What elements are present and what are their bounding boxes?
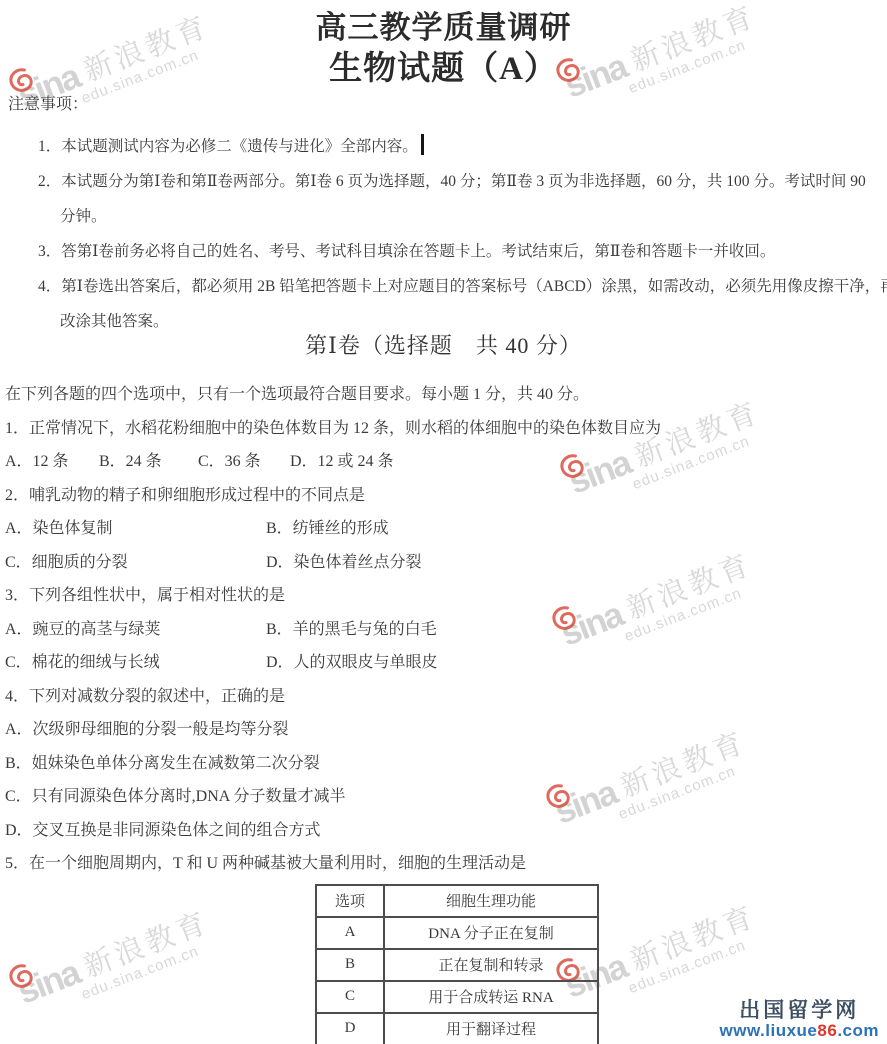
question-1-options: A．12 条 B．24 条 C．36 条 D．12 或 24 条 [5, 445, 882, 479]
site-url-suffix: .com [837, 1021, 879, 1040]
option-2b: B．纺锤丝的形成 [266, 520, 389, 537]
site-name: 出国留学网 [720, 999, 880, 1022]
question-3-options-row-2: C．棉花的细绒与长绒 D．人的双眼皮与单眼皮 [5, 646, 882, 680]
question-1-stem: 1．正常情况下，水稻花粉细胞中的染色体数目为 12 条，则水稻的体细胞中的染色体… [5, 412, 882, 446]
notice-item-2: 2．本试题分为第Ⅰ卷和第Ⅱ卷两部分。第Ⅰ卷 6 页为选择题，40 分；第Ⅱ卷 3… [38, 164, 871, 234]
option-3b: B．羊的黑毛与兔的白毛 [266, 621, 437, 638]
table-cell-option: A [316, 917, 384, 949]
option-3d: D．人的双眼皮与单眼皮 [266, 654, 438, 671]
section-heading: 第Ⅰ卷（选择题 共 40 分） [5, 330, 882, 362]
table-header-function: 细胞生理功能 [384, 885, 598, 917]
table-cell-option: C [316, 981, 384, 1013]
notice-item-4: 4．第Ⅰ卷选出答案后，都必须用 2B 铅笔把答题卡上对应题目的答案标号（ABCD… [38, 269, 871, 339]
question-2-stem: 2．哺乳动物的精子和卵细胞形成过程中的不同点是 [5, 479, 882, 513]
option-1a: A．12 条 [5, 445, 95, 479]
table-row: A DNA 分子正在复制 [316, 917, 598, 949]
site-url-prefix: www.liuxue [720, 1021, 818, 1040]
text-cursor [421, 134, 424, 155]
option-3a: A．豌豆的高茎与绿荚 [5, 613, 262, 647]
table-header-option: 选项 [316, 885, 384, 917]
exam-document-page: sina 新浪教育 edu.sina.com.cn sina 新浪教育 edu.… [0, 0, 887, 1044]
table-cell-function: 用于合成转运 RNA [384, 981, 598, 1013]
notice-text: 3．答第Ⅰ卷前务必将自己的姓名、考号、考试科目填涂在答题卡上。考试结束后，第Ⅱ卷… [38, 243, 775, 260]
section-intro: 在下列各题的四个选项中，只有一个选项最符合题目要求。每小题 1 分，共 40 分… [5, 378, 882, 412]
option-2c: C．细胞质的分裂 [5, 546, 262, 580]
exam-title: 高三教学质量调研 [0, 2, 887, 47]
option-1b: B．24 条 [99, 445, 194, 479]
section-1: 第Ⅰ卷（选择题 共 40 分） 在下列各题的四个选项中，只有一个选项最符合题目要… [5, 330, 882, 1044]
question-5-table: 选项 细胞生理功能 A DNA 分子正在复制 B 正在复制和转录 C 用于合成转… [315, 884, 599, 1044]
option-4c: C．只有同源染色体分离时,DNA 分子数量才减半 [5, 780, 882, 814]
site-url: www.liuxue86.com [720, 1022, 880, 1040]
option-4d: D．交叉互换是非同源染色体之间的组合方式 [5, 814, 882, 848]
table-cell-function: 正在复制和转录 [384, 949, 598, 981]
table-cell-function: DNA 分子正在复制 [384, 917, 598, 949]
exam-subtitle: 生物试题（A） [0, 42, 887, 89]
notice-text-continued: 改涂其他答案。 [60, 313, 169, 330]
option-2a: A．染色体复制 [5, 512, 262, 546]
question-3-options-row-1: A．豌豆的高茎与绿荚 B．羊的黑毛与兔的白毛 [5, 613, 882, 647]
site-url-number: 86 [817, 1021, 837, 1040]
option-4a: A．次级卵母细胞的分裂一般是均等分裂 [5, 713, 882, 747]
notice-text: 4．第Ⅰ卷选出答案后，都必须用 2B 铅笔把答题卡上对应题目的答案标号（ABCD… [38, 278, 887, 295]
notices-heading: 注意事项： [8, 94, 871, 116]
notice-text: 2．本试题分为第Ⅰ卷和第Ⅱ卷两部分。第Ⅰ卷 6 页为选择题，40 分；第Ⅱ卷 3… [38, 173, 866, 190]
option-2d: D．染色体着丝点分裂 [266, 554, 422, 571]
question-2-options-row-2: C．细胞质的分裂 D．染色体着丝点分裂 [5, 546, 882, 580]
question-2-options-row-1: A．染色体复制 B．纺锤丝的形成 [5, 512, 882, 546]
question-5-stem: 5．在一个细胞周期内，T 和 U 两种碱基被大量利用时，细胞的生理活动是 [5, 847, 882, 881]
question-4-stem: 4．下列对减数分裂的叙述中，正确的是 [5, 680, 882, 714]
site-footer: 出国留学网 www.liuxue86.com [720, 999, 880, 1040]
table-row: C 用于合成转运 RNA [316, 981, 598, 1013]
notice-item-1: 1．本试题测试内容为必修二《遗传与进化》全部内容。 [38, 129, 871, 164]
notice-item-3: 3．答第Ⅰ卷前务必将自己的姓名、考号、考试科目填涂在答题卡上。考试结束后，第Ⅱ卷… [38, 234, 871, 269]
option-3c: C．棉花的细绒与长绒 [5, 646, 262, 680]
table-cell-function: 用于翻译过程 [384, 1013, 598, 1044]
table-header-row: 选项 细胞生理功能 [316, 885, 598, 917]
option-1d: D．12 或 24 条 [290, 453, 394, 470]
notice-text-continued: 分钟。 [60, 208, 107, 225]
notices-section: 注意事项： 1．本试题测试内容为必修二《遗传与进化》全部内容。 2．本试题分为第… [8, 94, 871, 339]
option-4b: B．姐妹染色单体分离发生在减数第二次分裂 [5, 747, 882, 781]
table-cell-option: D [316, 1013, 384, 1044]
table-cell-option: B [316, 949, 384, 981]
question-3-stem: 3．下列各组性状中，属于相对性状的是 [5, 579, 882, 613]
notice-text: 1．本试题测试内容为必修二《遗传与进化》全部内容。 [38, 138, 418, 155]
option-1c: C．36 条 [198, 445, 286, 479]
table-row: B 正在复制和转录 [316, 949, 598, 981]
table-row: D 用于翻译过程 [316, 1013, 598, 1044]
